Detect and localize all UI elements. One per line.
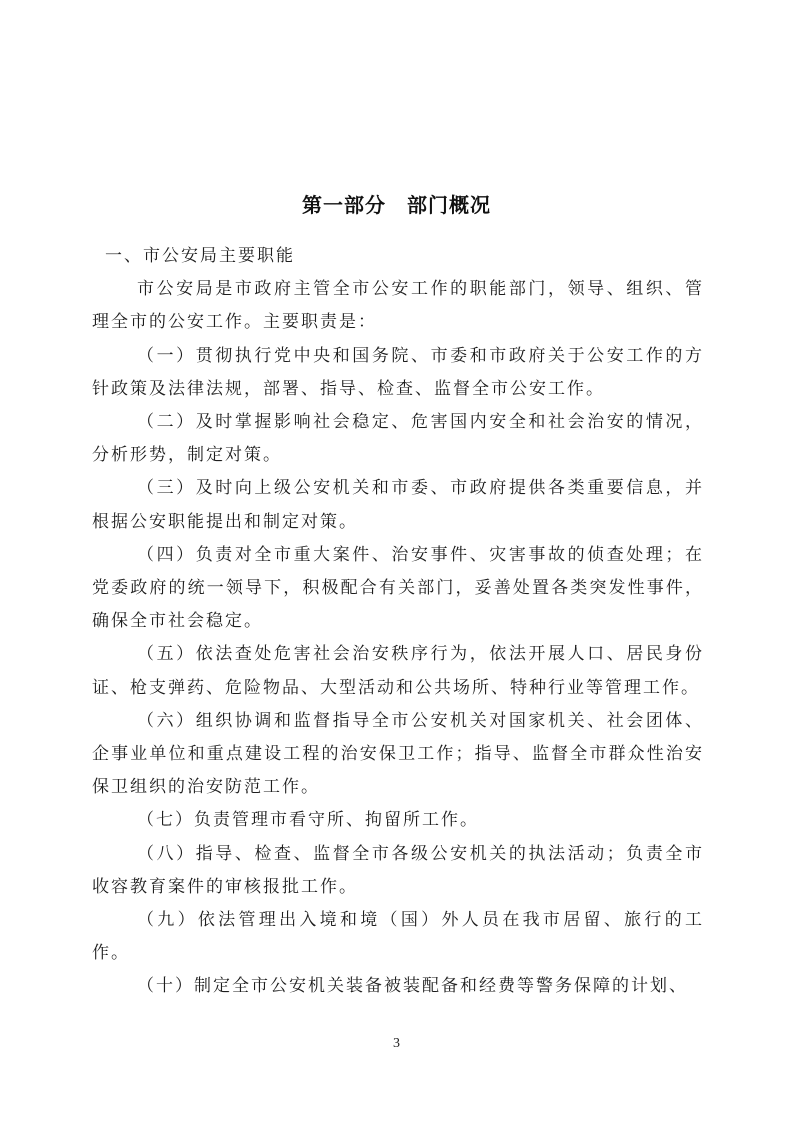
paragraph: 市公安局是市政府主管全市公安工作的职能部门，领导、组织、管理全市的公安工作。主要…	[92, 272, 704, 338]
document-content: 一、市公安局主要职能 市公安局是市政府主管全市公安工作的职能部门，领导、组织、管…	[92, 239, 704, 1003]
paragraph: （二）及时掌握影响社会稳定、危害国内安全和社会治安的情况，分析形势，制定对策。	[92, 405, 704, 471]
paragraph: （六）组织协调和监督指导全市公安机关对国家机关、社会团体、企事业单位和重点建设工…	[92, 704, 704, 804]
page-number: 3	[0, 1036, 793, 1052]
paragraph: （九）依法管理出入境和境（国）外人员在我市居留、旅行的工作。	[92, 903, 704, 969]
paragraph: （四）负责对全市重大案件、治安事件、灾害事故的侦查处理；在党委政府的统一领导下，…	[92, 538, 704, 638]
paragraph: （一）贯彻执行党中央和国务院、市委和市政府关于公安工作的方针政策及法律法规，部署…	[92, 339, 704, 405]
page-title: 第一部分 部门概况	[0, 189, 793, 218]
document-body: 市公安局是市政府主管全市公安工作的职能部门，领导、组织、管理全市的公安工作。主要…	[92, 272, 704, 1002]
paragraph: （五）依法查处危害社会治安秩序行为，依法开展人口、居民身份证、枪支弹药、危险物品…	[92, 637, 704, 703]
paragraph: （七）负责管理市看守所、拘留所工作。	[92, 803, 704, 836]
paragraph: （十）制定全市公安机关装备被装配备和经费等警务保障的计划、	[92, 969, 704, 1002]
paragraph: （三）及时向上级公安机关和市委、市政府提供各类重要信息，并根据公安职能提出和制定…	[92, 471, 704, 537]
section-heading: 一、市公安局主要职能	[92, 239, 704, 272]
document-page: 第一部分 部门概况 一、市公安局主要职能 市公安局是市政府主管全市公安工作的职能…	[0, 0, 793, 1122]
paragraph: （八）指导、检查、监督全市各级公安机关的执法活动；负责全市收容教育案件的审核报批…	[92, 837, 704, 903]
